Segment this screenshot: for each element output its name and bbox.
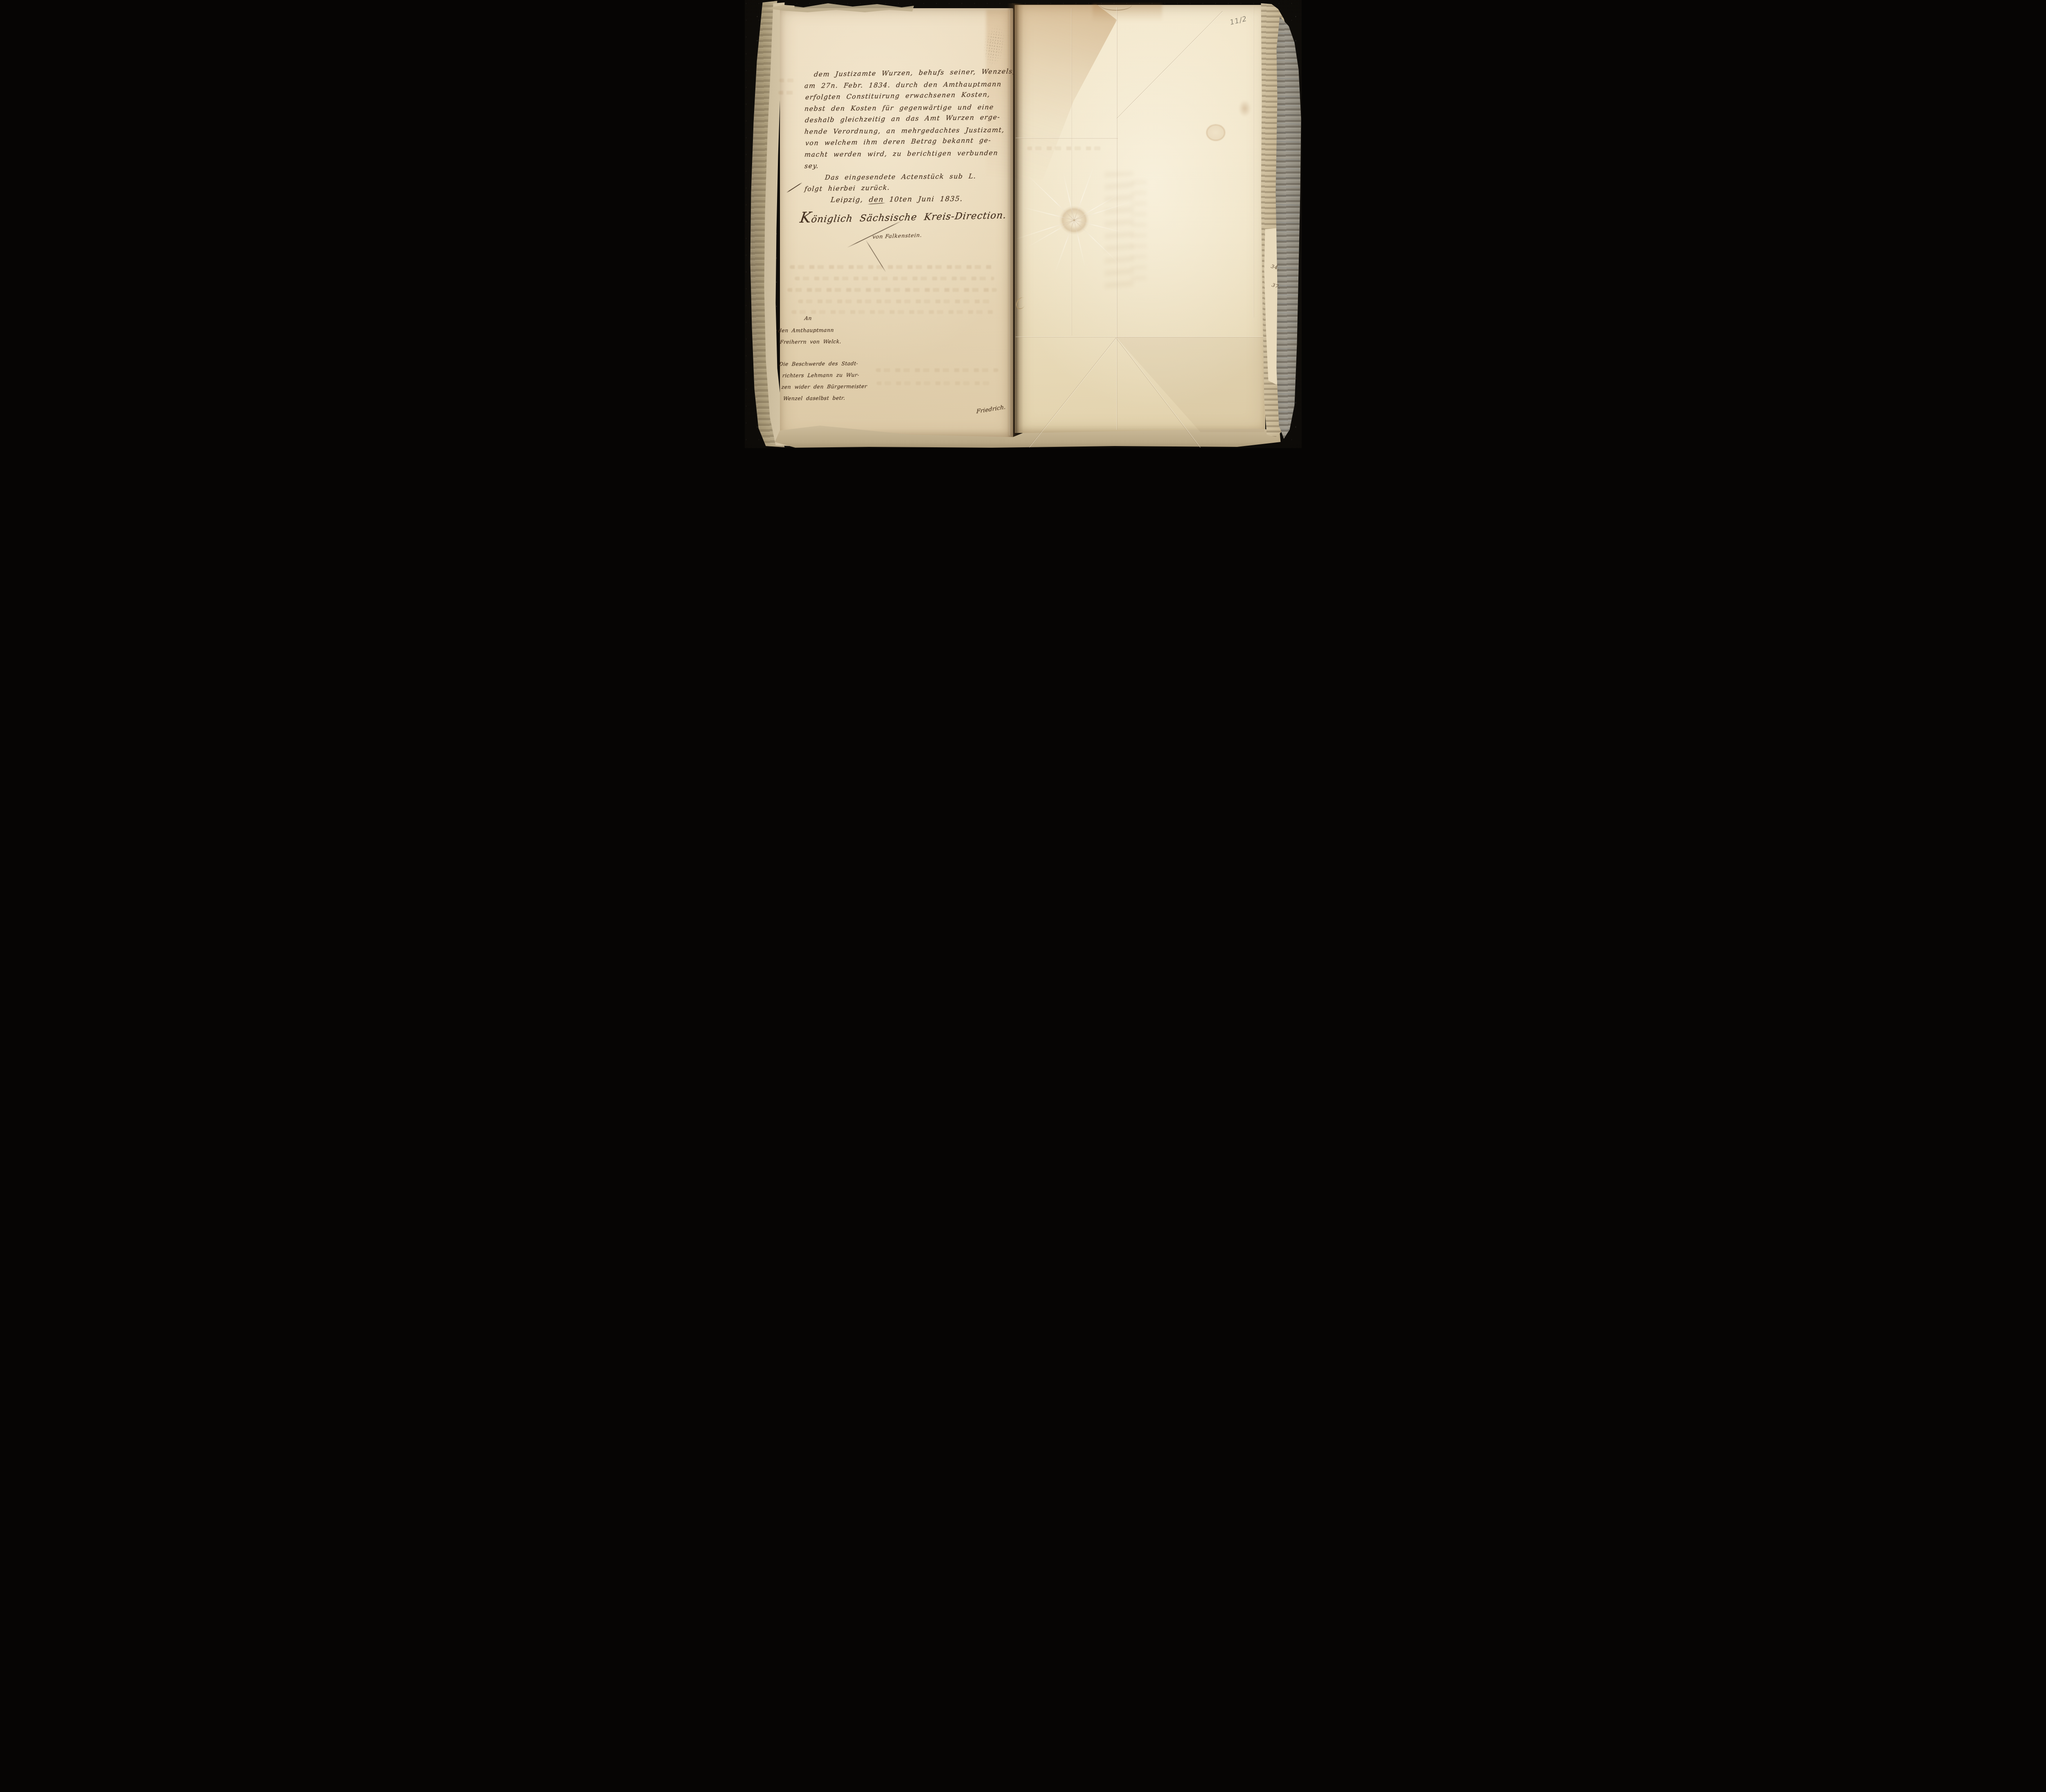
subject-line: Die Beschwerde des Stadt- (779, 360, 859, 367)
address-line: den Amthauptmann (778, 327, 834, 334)
handwriting-line: nebst den Kosten für gegenwärtige und ei… (804, 103, 994, 113)
dateline: Leipzig, den 10ten Juni 1835. (830, 195, 963, 204)
right-page (1015, 5, 1265, 433)
handwriting-line: Das eingesendete Actenstück sub L. (825, 172, 977, 181)
address-line: An (804, 315, 812, 321)
subject-line: richters Lehmann zu Wur- (782, 372, 859, 379)
address-line: Freiherrn von Welck. (780, 338, 841, 345)
subject-line: zen wider den Bürgermeister (781, 383, 868, 390)
manuscript-book-scan: dem Justizamte Wurzen, behufs seiner, We… (745, 0, 1302, 448)
subject-line: Wenzel daselbst betr. (783, 395, 845, 401)
handwriting-line: folgt hierbei zurück. (804, 184, 890, 193)
handwriting-line: sey. (804, 162, 819, 170)
edge-numbers-strip (1260, 221, 1293, 389)
